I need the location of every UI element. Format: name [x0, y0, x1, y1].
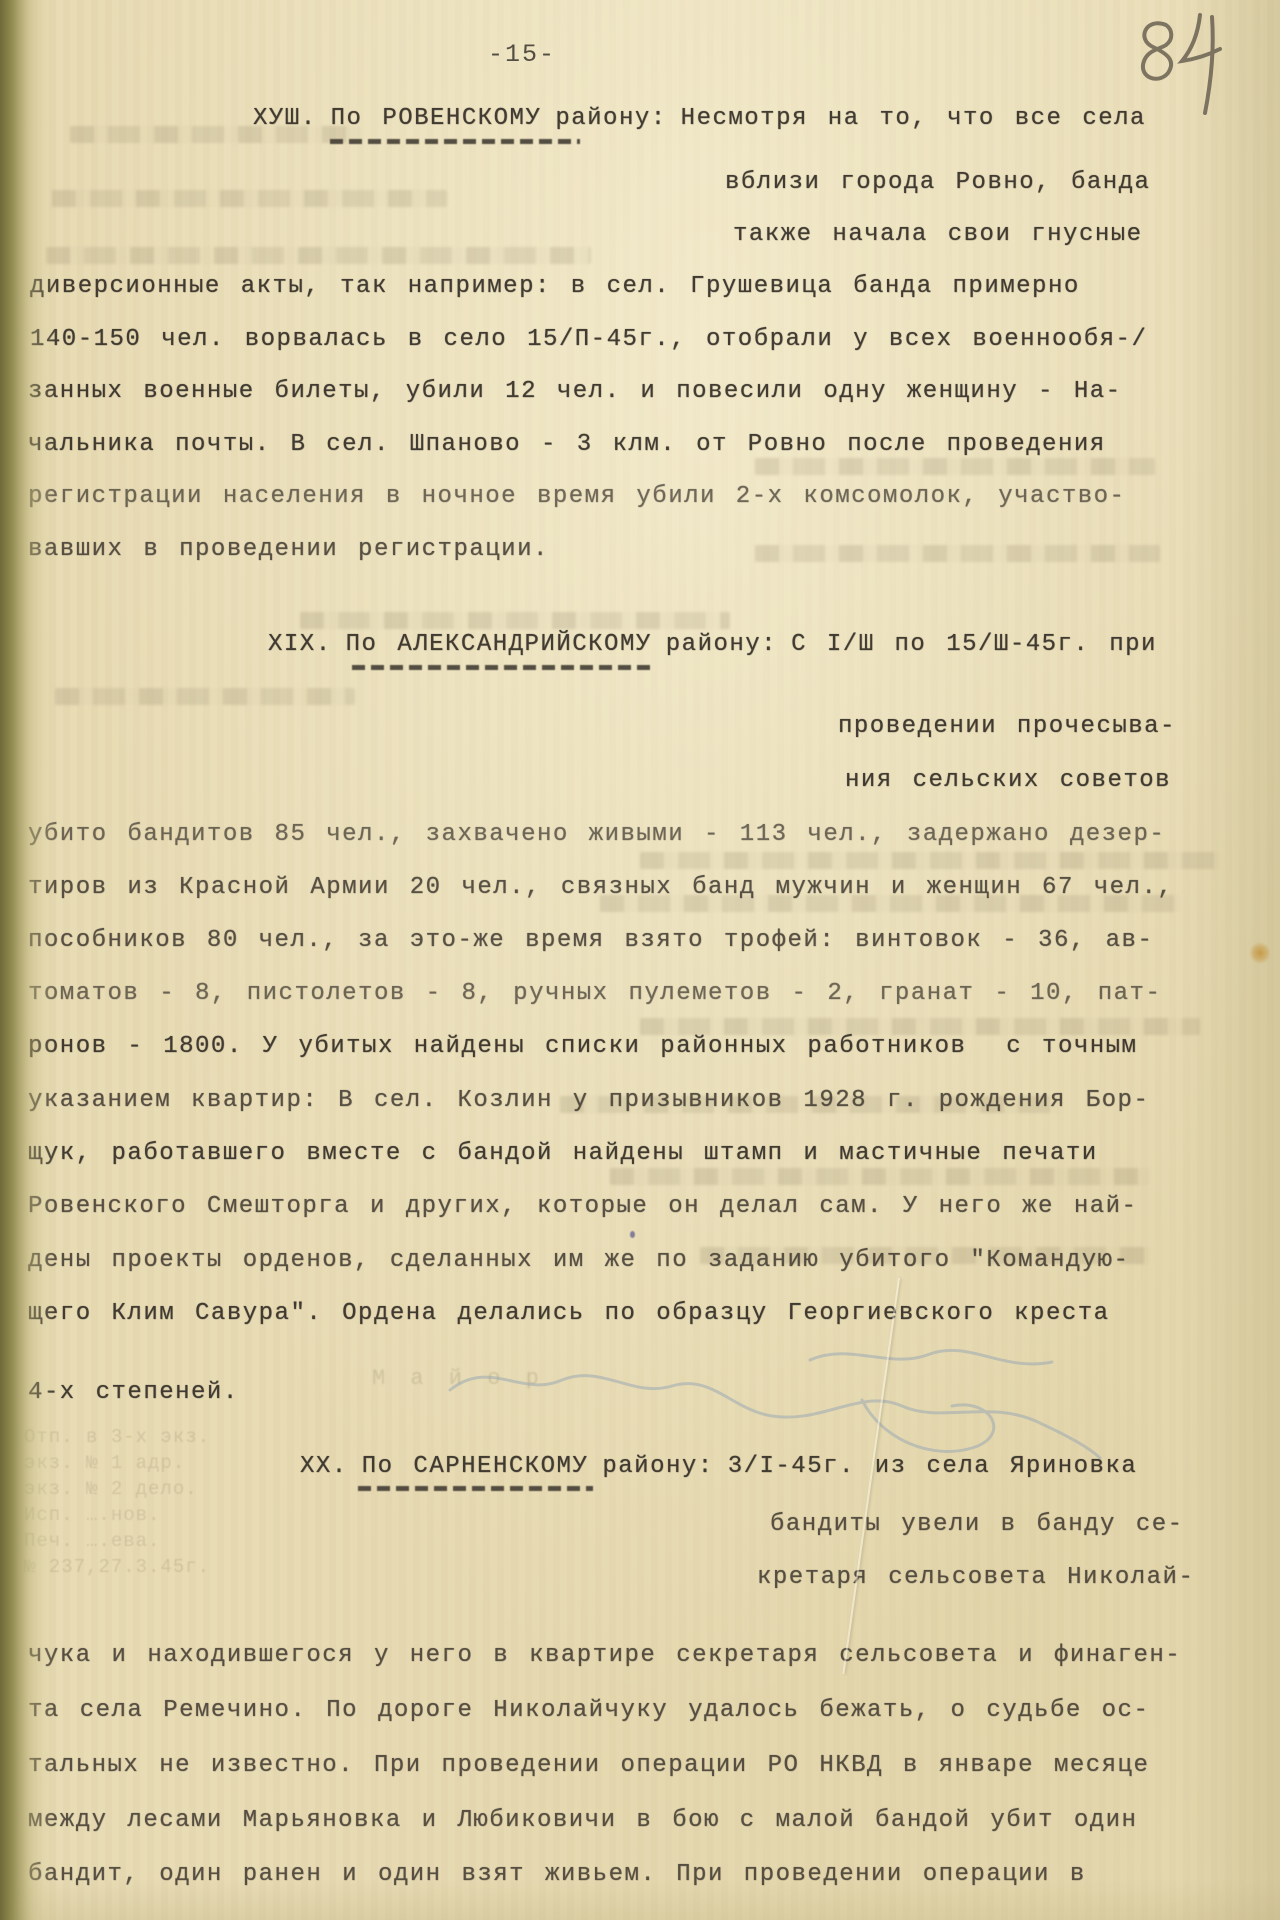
typed-line: вавших в проведении регистрации. [28, 535, 549, 565]
stain-spot [1250, 942, 1270, 964]
typed-line: занных военные билеты, убили 12 чел. и п… [28, 377, 1122, 407]
bleedthrough-text-ghost [640, 852, 1220, 869]
ink-dot [630, 1231, 635, 1238]
typed-line: 4-х степеней. [28, 1378, 239, 1408]
typed-line: вблизи города Ровно, банда [725, 168, 1150, 198]
bleedthrough-text-ghost [755, 458, 1155, 475]
typed-line: чальника почты. В сел. Шпаново - 3 клм. … [28, 430, 1106, 460]
typed-line: указанием квартир: В сел. Козлин у призы… [28, 1086, 1149, 1116]
typed-line: томатов - 8, пистолетов - 8, ручных пуле… [28, 979, 1161, 1009]
typed-line: диверсионные акты, так например: в сел. … [30, 272, 1080, 302]
heading-underline [358, 1486, 593, 1491]
typed-line: проведении прочесыва- [838, 712, 1176, 742]
typed-line: между лесами Марьяновка и Любиковичи в б… [28, 1806, 1137, 1836]
typed-line: тальных не известно. При проведении опер… [28, 1751, 1149, 1781]
bleedthrough-text-ghost [52, 190, 447, 207]
section-heading-rovno: ХУШ.По РОВЕНСКОМУрайону:Несмотря на то, … [253, 104, 1146, 134]
typed-line: 140-150 чел. ворвалась в село 15/П-45г.,… [30, 325, 1147, 355]
typed-line: кретаря сельсовета Николай- [757, 1563, 1194, 1593]
bleedthrough-text-ghost [46, 247, 591, 264]
page-number: -15- [488, 40, 556, 69]
typed-line: та села Ремечино. По дороге Николайчуку … [28, 1696, 1149, 1726]
typed-line: ния сельских советов [845, 766, 1171, 796]
typed-line: пособников 80 чел., за это-же время взят… [28, 926, 1153, 956]
typed-line: бандит, один ранен и один взят живьем. П… [28, 1860, 1086, 1890]
typed-line: бандиты увели в банду се- [770, 1510, 1184, 1540]
typed-line: регистрации населения в ночное время уби… [28, 482, 1125, 512]
typed-line: Ровенского Смешторга и других, которые о… [28, 1192, 1137, 1222]
district-name: По САРНЕНСКОМУ [362, 1453, 589, 1480]
typed-line: убито бандитов 85 чел., захвачено живыми… [28, 820, 1165, 850]
bleedthrough-text-ghost [610, 1168, 1150, 1185]
section-heading-alexandria: ХІХ.По АЛЕКСАНДРИЙСКОМУрайону:С І/Ш по 1… [268, 630, 1157, 660]
heading-underline [352, 665, 652, 670]
heading-underline [330, 139, 580, 144]
typewritten-document-page: -15- ХУШ.По РОВЕНСКОМУрайону:Несмотря на… [0, 0, 1280, 1920]
typed-line: также начала свои гнусные [733, 220, 1143, 250]
section-numeral: ХІХ. [268, 631, 332, 658]
district-name: По РОВЕНСКОМУ [331, 105, 542, 132]
typed-line: щук, работавшего вместе с бандой найдены… [28, 1139, 1098, 1169]
typed-line: дены проекты орденов, сделанных им же по… [28, 1246, 1129, 1276]
typed-line: чука и находившегося у него в квартире с… [28, 1641, 1181, 1671]
typed-line: ронов - 1800. У убитых найдены списки ра… [28, 1032, 1137, 1062]
faded-distribution-note: Отп. в 3-х экз. экз. № 1 адр. экз. № 2 д… [24, 1424, 210, 1580]
section-numeral: ХУШ. [253, 105, 317, 132]
bleedthrough-text-ghost [300, 612, 730, 629]
bleedthrough-text-ghost [55, 688, 355, 705]
typed-line: тиров из Красной Армии 20 чел., связных … [28, 873, 1173, 903]
typed-line: щего Клим Савура". Ордена делались по об… [28, 1299, 1110, 1329]
bleedthrough-text-ghost [755, 545, 1160, 562]
section-heading-sarny: ХХ.По САРНЕНСКОМУрайону:3/І-45г. из села… [300, 1452, 1137, 1482]
section-numeral: ХХ. [300, 1453, 348, 1480]
district-name: По АЛЕКСАНДРИЙСКОМУ [346, 631, 652, 658]
